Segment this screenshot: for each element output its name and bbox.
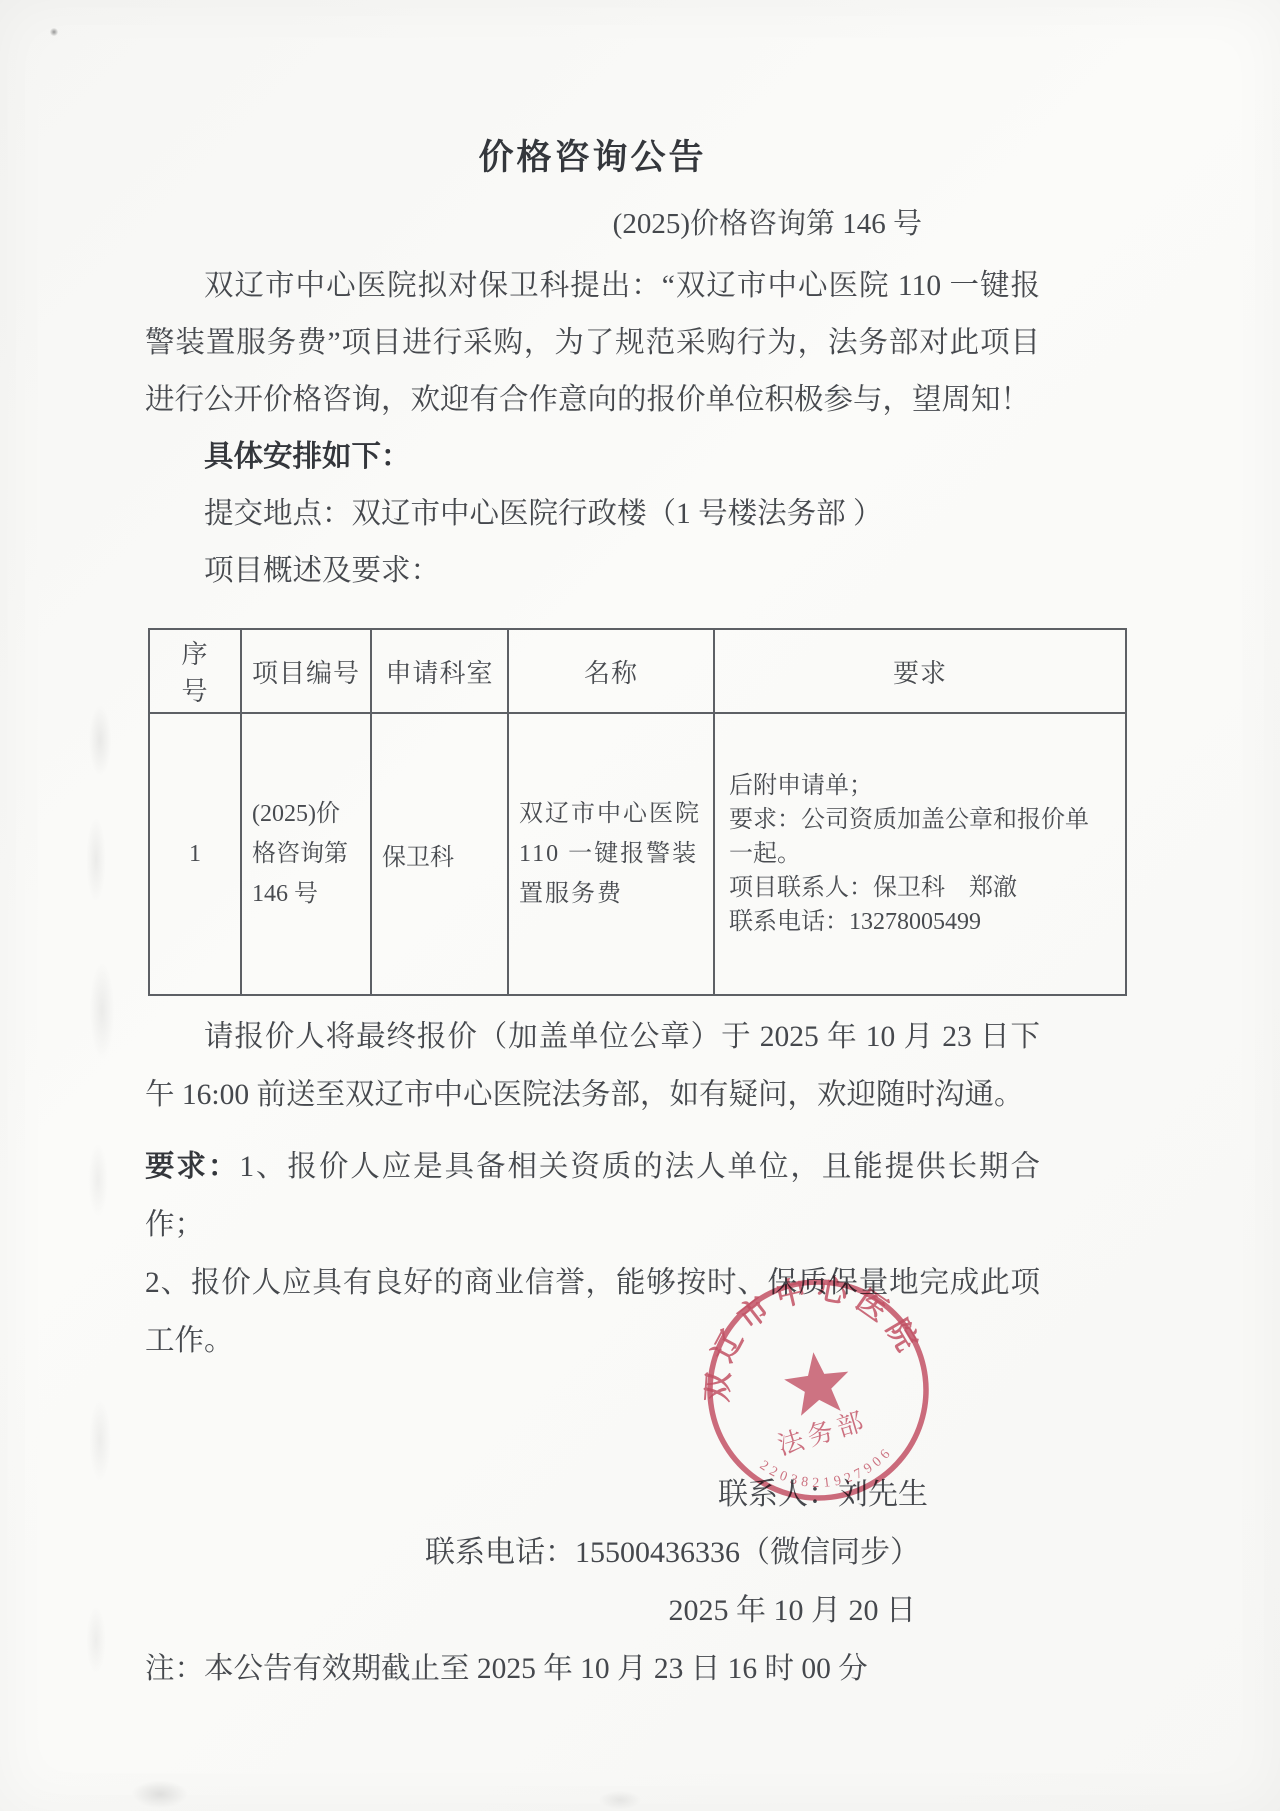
document-page: 价格咨询公告 (2025)价格咨询第 146 号 双辽市中心医院拟对保卫科提出：… [0, 0, 1280, 1811]
header-department: 申请科室 [371, 629, 508, 713]
requirement-line: 联系电话：13278005499 [729, 905, 1111, 939]
header-requirements: 要求 [714, 629, 1126, 713]
cell-project-no: (2025)价格咨询第 146 号 [241, 713, 371, 995]
requirements-paragraph: 要求：1、报价人应是具备相关资质的法人单位，且能提供长期合作； [145, 1138, 1040, 1254]
contact-person: 联系人：刘先生 [145, 1466, 1040, 1524]
project-table: 序 号 项目编号 申请科室 名称 要求 1 (2025)价格咨询第 146 号 … [148, 628, 1127, 996]
signature-block: 联系人：刘先生 联系电话：15500436336（微信同步） 2025 年 10… [145, 1466, 1040, 1698]
requirement-item-2: 2、报价人应具有良好的商业信誉，能够按时、保质保量地完成此项工作。 [145, 1254, 1040, 1370]
cell-seq: 1 [149, 713, 241, 995]
closing-section: 请报价人将最终报价（加盖单位公章）于 2025 年 10 月 23 日下午 16… [145, 1008, 1040, 1370]
cell-name: 双辽市中心医院 110 一键报警装置服务费 [508, 713, 714, 995]
requirements-label: 要求： [145, 1151, 239, 1183]
overview-heading: 项目概述及要求： [145, 543, 1040, 600]
cell-requirements: 后附申请单； 要求：公司资质加盖公章和报价单一起。 项目联系人：保卫科 郑澈 联… [714, 713, 1126, 995]
intro-paragraph: 双辽市中心医院拟对保卫科提出：“双辽市中心医院 110 一键报警装置服务费”项目… [145, 258, 1040, 429]
requirements-lines: 后附申请单； 要求：公司资质加盖公章和报价单一起。 项目联系人：保卫科 郑澈 联… [725, 767, 1115, 941]
table-header-row: 序 号 项目编号 申请科室 名称 要求 [149, 629, 1126, 713]
requirement-line: 项目联系人：保卫科 郑澈 [729, 871, 1111, 905]
requirement-item-1: 1、报价人应是具备相关资质的法人单位，且能提供长期合作； [145, 1151, 1040, 1241]
table-row: 1 (2025)价格咨询第 146 号 保卫科 双辽市中心医院 110 一键报警… [149, 713, 1126, 995]
arrangement-heading: 具体安排如下： [145, 429, 1040, 486]
page-title: 价格咨询公告 [145, 0, 1040, 180]
intro-section: 双辽市中心医院拟对保卫科提出：“双辽市中心医院 110 一键报警装置服务费”项目… [145, 258, 1040, 600]
submission-location: 提交地点：双辽市中心医院行政楼（1 号楼法务部 ） [145, 486, 1040, 543]
contact-phone: 联系电话：15500436336（微信同步） [145, 1524, 1040, 1582]
issue-date: 2025 年 10 月 20 日 [145, 1582, 1040, 1640]
header-name: 名称 [508, 629, 714, 713]
header-project-no: 项目编号 [241, 629, 371, 713]
deadline-paragraph: 请报价人将最终报价（加盖单位公章）于 2025 年 10 月 23 日下午 16… [145, 1008, 1040, 1124]
requirement-line: 后附申请单； [729, 769, 1111, 803]
cell-department: 保卫科 [371, 713, 508, 995]
validity-note: 注：本公告有效期截止至 2025 年 10 月 23 日 16 时 00 分 [145, 1640, 1040, 1698]
document-content: 价格咨询公告 (2025)价格咨询第 146 号 双辽市中心医院拟对保卫科提出：… [145, 0, 1040, 1698]
requirement-line: 要求：公司资质加盖公章和报价单一起。 [729, 803, 1111, 871]
header-seq: 序 号 [149, 629, 241, 713]
doc-number: (2025)价格咨询第 146 号 [145, 204, 1040, 244]
